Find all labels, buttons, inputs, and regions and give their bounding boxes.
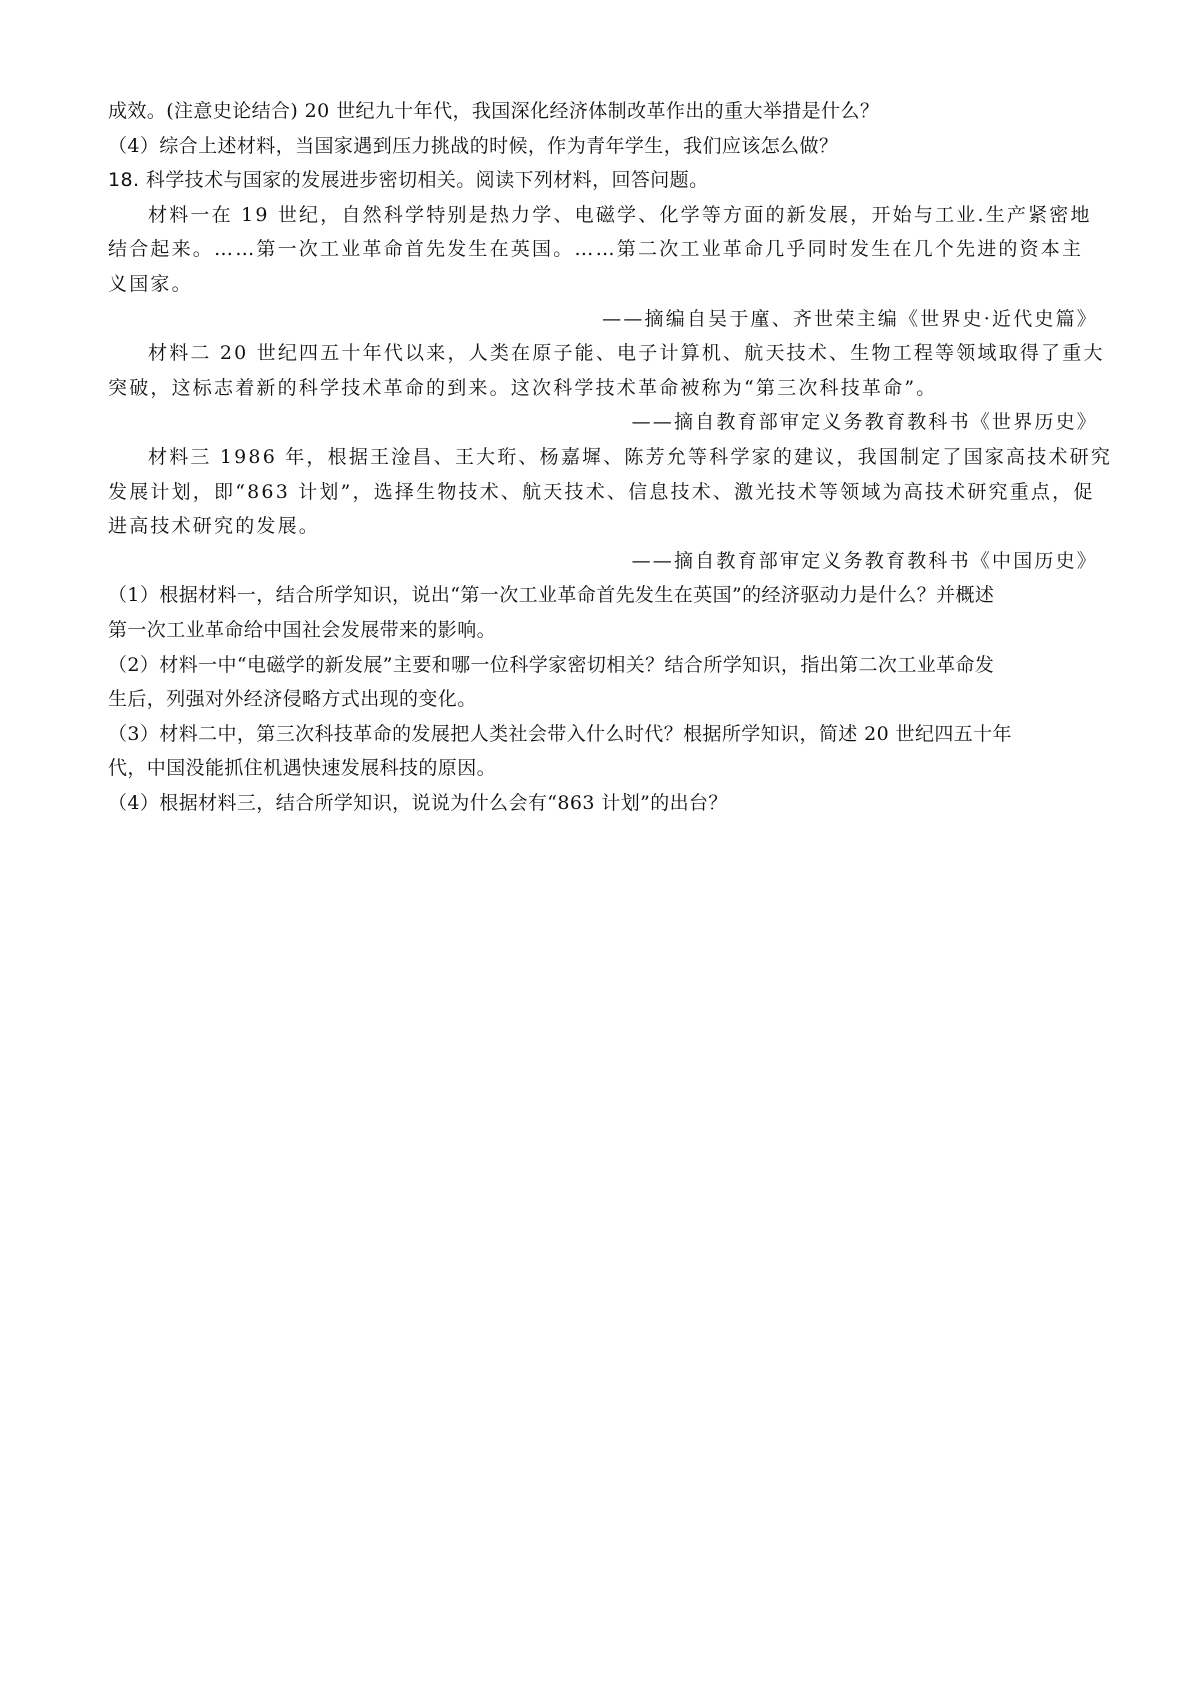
material-3-source: ——摘自教育部审定义务教育教科书《中国历史》	[108, 544, 1100, 579]
sub-question-1: （1）根据材料一，结合所学知识，说出“第一次工业革命首先发生在英国”的经济驱动力…	[108, 578, 1100, 647]
material-1-source: ——摘编自吴于廑、齐世荣主编《世界史·近代史篇》	[108, 302, 1100, 337]
prev-question-continuation: 成效。(注意史论结合) 20 世纪九十年代，我国深化经济体制改革作出的重大举措是…	[108, 94, 1100, 129]
sub-question-3-line-1: （3）材料二中，第三次科技革命的发展把人类社会带入什么时代？根据所学知识，简述 …	[108, 717, 1100, 752]
sub-question-2-line-2: 生后，列强对外经济侵略方式出现的变化。	[108, 682, 1100, 717]
material-1: 材料一在 19 世纪，自然科学特别是热力学、电磁学、化学等方面的新发展，开始与工…	[108, 198, 1100, 336]
question-number: 18.	[108, 169, 139, 191]
material-2: 材料二 20 世纪四五十年代以来，人类在原子能、电子计算机、航天技术、生物工程等…	[108, 336, 1100, 440]
sub-question-4: （4）根据材料三，结合所学知识，说说为什么会有“863 计划”的出台？	[108, 786, 1100, 821]
sub-question-2-line-1: （2）材料一中“电磁学的新发展”主要和哪一位科学家密切相关？结合所学知识，指出第…	[108, 648, 1100, 683]
material-3-line-3: 进高技术研究的发展。	[108, 509, 1100, 544]
sub-question-4-line-1: （4）根据材料三，结合所学知识，说说为什么会有“863 计划”的出台？	[108, 786, 1100, 821]
material-3-line-1: 材料三 1986 年，根据王淦昌、王大珩、杨嘉墀、陈芳允等科学家的建议，我国制定…	[108, 440, 1100, 475]
material-3: 材料三 1986 年，根据王淦昌、王大珩、杨嘉墀、陈芳允等科学家的建议，我国制定…	[108, 440, 1100, 578]
material-2-line-1: 材料二 20 世纪四五十年代以来，人类在原子能、电子计算机、航天技术、生物工程等…	[108, 336, 1100, 371]
sub-question-3: （3）材料二中，第三次科技革命的发展把人类社会带入什么时代？根据所学知识，简述 …	[108, 717, 1100, 786]
sub-question-3-line-2: 代，中国没能抓住机遇快速发展科技的原因。	[108, 751, 1100, 786]
sub-question-1-line-1: （1）根据材料一，结合所学知识，说出“第一次工业革命首先发生在英国”的经济驱动力…	[108, 578, 1100, 613]
document-page: 成效。(注意史论结合) 20 世纪九十年代，我国深化经济体制改革作出的重大举措是…	[108, 94, 1100, 820]
material-2-line-2: 突破，这标志着新的科学技术革命的到来。这次科学技术革命被称为“第三次科技革命”。	[108, 371, 1100, 406]
material-1-line-2: 结合起来。……第一次工业革命首先发生在英国。……第二次工业革命几乎同时发生在几个…	[108, 232, 1100, 267]
material-1-line-3: 义国家。	[108, 267, 1100, 302]
material-3-line-2: 发展计划，即“863 计划”，选择生物技术、航天技术、信息技术、激光技术等领域为…	[108, 475, 1100, 510]
material-1-line-1: 材料一在 19 世纪，自然科学特别是热力学、电磁学、化学等方面的新发展，开始与工…	[108, 198, 1100, 233]
material-2-source: ——摘自教育部审定义务教育教科书《世界历史》	[108, 405, 1100, 440]
sub-question-1-line-2: 第一次工业革命给中国社会发展带来的影响。	[108, 613, 1100, 648]
sub-question-2: （2）材料一中“电磁学的新发展”主要和哪一位科学家密切相关？结合所学知识，指出第…	[108, 648, 1100, 717]
prev-question-sub-4: （4）综合上述材料，当国家遇到压力挑战的时候，作为青年学生，我们应该怎么做？	[108, 129, 1100, 164]
question-18-stem: 18. 科学技术与国家的发展进步密切相关。阅读下列材料，回答问题。	[108, 163, 1100, 198]
question-stem: 科学技术与国家的发展进步密切相关。阅读下列材料，回答问题。	[146, 169, 709, 191]
